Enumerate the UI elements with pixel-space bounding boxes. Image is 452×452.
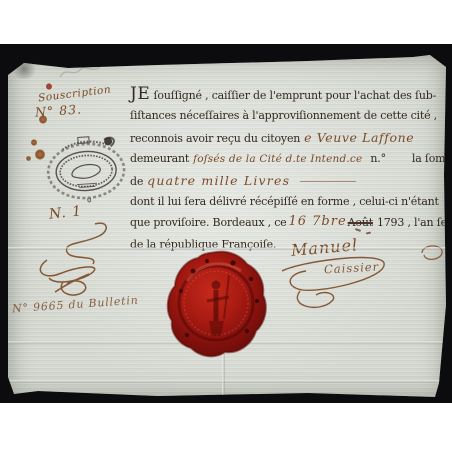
printed-body: JE ſouſſigné , caiſſier de l'emprunt pou… [130, 84, 452, 255]
ink-rule [300, 181, 356, 182]
printed-line-6: dont il lui ſera délivré récépiſſé en fo… [130, 191, 452, 212]
printed-text: la ſomme [412, 152, 452, 165]
handwritten-date: 16 7bre [288, 214, 346, 229]
printed-line-2: ſiſtances néceſſaires à l'approviſionnem… [130, 105, 452, 126]
printed-line-5: dequatre mille Livres [130, 170, 452, 191]
signature-title: Caissier [324, 260, 380, 277]
paper-sheet: Souscription N° 83. J [8, 55, 446, 397]
printed-text: ſouſſigné , caiſſier de l'emprunt pour l… [150, 89, 436, 102]
drop-initial: JE [130, 84, 150, 104]
printed-line-4: demeurantfoſsés de la Cité d.te Intend.c… [130, 148, 452, 169]
scanned-document-page: Souscription N° 83. J [0, 0, 452, 452]
ink-stamp-icon [44, 131, 128, 205]
handwritten-amount: quatre mille Livres [147, 173, 290, 188]
pencil-mark [58, 63, 102, 83]
foxing-spot [35, 149, 45, 160]
printed-text: 1793 , l'an ſecond [377, 216, 452, 229]
printed-text: de [130, 175, 143, 188]
photo-background: Souscription N° 83. J [0, 44, 452, 403]
printed-text: demeurant [130, 152, 189, 165]
handwritten-address: foſsés de la Cité d.te Intend.ce [193, 153, 362, 165]
printed-line-1: JE ſouſſigné , caiſſier de l'emprunt pou… [130, 84, 452, 105]
printed-text: que proviſoire. Bordeaux , ce [130, 216, 286, 229]
flourish-loop [418, 239, 446, 267]
handwritten-payer-name: e Veuve Laffone [304, 130, 414, 145]
foxing-spot [39, 115, 47, 124]
ink-spot [46, 83, 52, 90]
printed-number-label: n.° [370, 152, 385, 165]
fold-crease [8, 380, 446, 383]
printed-line-3: reconnois avoir reçu du citoyene Veuve L… [130, 127, 452, 148]
foxing-spot [26, 156, 31, 161]
printed-line-7: que proviſoire. Bordeaux , ce16 7breAoût… [130, 212, 452, 233]
struck-month: Août [348, 216, 373, 229]
printed-text: reconnois avoir reçu du citoyen [130, 132, 300, 145]
foxing-spot [31, 139, 37, 146]
red-wax-seal [163, 249, 269, 363]
corner-smudge [10, 59, 38, 79]
